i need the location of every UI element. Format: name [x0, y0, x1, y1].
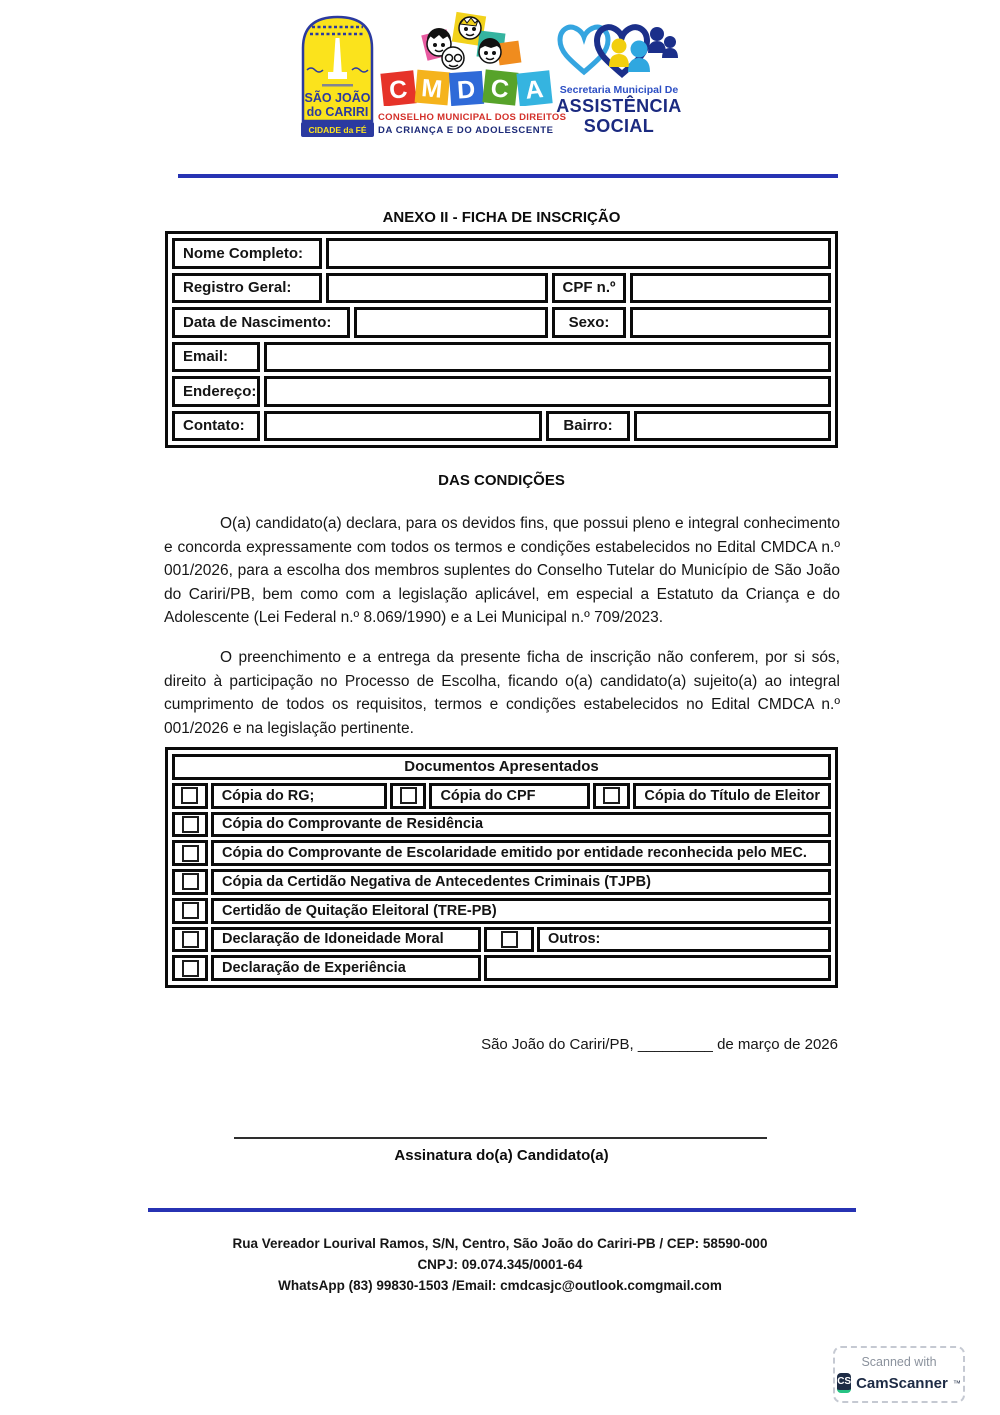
header-divider-rule	[178, 174, 838, 178]
trademark-symbol: ™	[953, 1379, 961, 1388]
checkbox-cell	[172, 812, 208, 838]
checkbox-quitacao[interactable]	[182, 902, 199, 919]
nome-completo-input[interactable]	[326, 238, 831, 269]
bairro-label: Bairro:	[546, 411, 630, 442]
contato-input[interactable]	[264, 411, 542, 442]
data-nascimento-label: Data de Nascimento:	[172, 307, 350, 338]
footer-cnpj: CNPJ: 09.074.345/0001-64	[0, 1254, 1000, 1275]
footer-address: Rua Vereador Lourival Ramos, S/N, Centro…	[0, 1233, 1000, 1254]
registro-geral-input[interactable]	[326, 273, 548, 304]
checkbox-cell	[593, 783, 631, 809]
svg-text:C: C	[489, 74, 510, 104]
date-place-line: São João do Cariri/PB, _________ de març…	[165, 1036, 838, 1053]
email-label: Email:	[172, 342, 260, 373]
doc-rg-label: Cópia do RG;	[211, 783, 387, 809]
registration-form-table: Nome Completo: Registro Geral: CPF n.º D…	[165, 231, 838, 448]
signature-line[interactable]	[234, 1137, 767, 1139]
contato-label: Contato:	[172, 411, 260, 442]
table-row: Registro Geral: CPF n.º	[172, 273, 831, 304]
checkbox-cell	[390, 783, 427, 809]
checkbox-cell	[484, 927, 534, 953]
email-input[interactable]	[264, 342, 831, 373]
table-row: Cópia do Comprovante de Residência	[172, 812, 831, 838]
page-title: ANEXO II - FICHA DE INSCRIÇÃO	[165, 209, 838, 226]
table-row: Cópia da Certidão Negativa de Antecedent…	[172, 869, 831, 895]
svg-text:M: M	[420, 74, 443, 104]
doc-titulo-label: Cópia do Título de Eleitor	[633, 783, 831, 809]
documents-table-title: Documentos Apresentados	[172, 754, 831, 780]
conditions-paragraph-1: O(a) candidato(a) declara, para os devid…	[164, 512, 840, 630]
footer: Rua Vereador Lourival Ramos, S/N, Centro…	[0, 1233, 1000, 1296]
doc-experiencia-label: Declaração de Experiência	[211, 955, 481, 981]
checkbox-cpf[interactable]	[400, 787, 417, 804]
doc-quitacao-label: Certidão de Quitação Eleitoral (TRE-PB)	[211, 898, 831, 924]
table-row: Certidão de Quitação Eleitoral (TRE-PB)	[172, 898, 831, 924]
hearts-people-icon	[556, 20, 682, 78]
endereco-label: Endereço:	[172, 376, 260, 407]
doc-escolaridade-label: Cópia do Comprovante de Escolaridade emi…	[211, 840, 831, 866]
camscanner-watermark: Scanned with CS CamScanner ™	[833, 1346, 965, 1403]
svg-text:SÃO JOÃO: SÃO JOÃO	[305, 90, 371, 105]
footer-divider-rule	[148, 1208, 856, 1212]
checkbox-cell	[172, 955, 208, 981]
doc-residencia-label: Cópia do Comprovante de Residência	[211, 812, 831, 838]
table-row: Contato: Bairro:	[172, 411, 831, 442]
checkbox-cell	[172, 898, 208, 924]
checkbox-idoneidade[interactable]	[182, 931, 199, 948]
social-caption-line1: Secretaria Municipal De	[556, 84, 682, 96]
table-row: Documentos Apresentados	[172, 754, 831, 780]
conditions-heading: DAS CONDIÇÕES	[165, 472, 838, 489]
cpf-label: CPF n.º	[552, 273, 626, 304]
sexo-input[interactable]	[630, 307, 831, 338]
table-row: Data de Nascimento: Sexo:	[172, 307, 831, 338]
checkbox-cell	[172, 927, 208, 953]
sexo-label: Sexo:	[552, 307, 626, 338]
doc-antecedentes-label: Cópia da Certidão Negativa de Antecedent…	[211, 869, 831, 895]
table-row: Email:	[172, 342, 831, 373]
camscanner-brand-text: CamScanner	[856, 1375, 948, 1392]
checkbox-experiencia[interactable]	[182, 960, 199, 977]
svg-text:D: D	[456, 75, 476, 104]
svg-text:do CARIRI: do CARIRI	[307, 105, 369, 119]
bairro-input[interactable]	[634, 411, 831, 442]
social-caption-line3: SOCIAL	[556, 116, 682, 136]
social-assistance-logo: Secretaria Municipal De ASSISTÊNCIA SOCI…	[556, 20, 682, 134]
table-row: Cópia do RG; Cópia do CPF Cópia do Títul…	[172, 783, 831, 809]
data-nascimento-input[interactable]	[354, 307, 548, 338]
cmdca-blocks-icon: C M D C A	[378, 10, 553, 106]
camscanner-icon: CS	[837, 1373, 851, 1393]
doc-outros-field[interactable]: Outros:	[537, 927, 831, 953]
conditions-paragraph-2: O preenchimento e a entrega da presente …	[164, 646, 840, 740]
doc-experiencia-blank-cell[interactable]	[484, 955, 831, 981]
signature-label: Assinatura do(a) Candidato(a)	[165, 1147, 838, 1164]
checkbox-cell	[172, 869, 208, 895]
cmdca-logo: C M D C A CONSELHO MUNICIPAL DOS DIREITO…	[378, 10, 553, 140]
checkbox-residencia[interactable]	[182, 816, 199, 833]
nome-completo-label: Nome Completo:	[172, 238, 322, 269]
social-caption-line2: ASSISTÊNCIA	[556, 96, 682, 116]
city-emblem-icon: SÃO JOÃO do CARIRI CIDADE da FÉ	[300, 14, 375, 140]
table-row: Cópia do Comprovante de Escolaridade emi…	[172, 840, 831, 866]
footer-contact: WhatsApp (83) 99830-1503 /Email: cmdcasj…	[0, 1275, 1000, 1296]
checkbox-titulo-eleitor[interactable]	[603, 787, 620, 804]
table-row: Endereço:	[172, 376, 831, 407]
scanned-with-text: Scanned with	[841, 1355, 957, 1369]
checkbox-escolaridade[interactable]	[182, 845, 199, 862]
cmdca-caption-line1: CONSELHO MUNICIPAL DOS DIREITOS	[378, 112, 553, 123]
documents-table: Documentos Apresentados Cópia do RG; Cóp…	[165, 747, 838, 988]
table-row: Declaração de Idoneidade Moral Outros:	[172, 927, 831, 953]
scanned-document-page: SÃO JOÃO do CARIRI CIDADE da FÉ	[0, 0, 1000, 1415]
svg-text:A: A	[524, 75, 545, 105]
cpf-input[interactable]	[630, 273, 831, 304]
svg-text:C: C	[388, 75, 409, 105]
city-logo: SÃO JOÃO do CARIRI CIDADE da FÉ	[300, 14, 375, 140]
checkbox-antecedentes[interactable]	[182, 873, 199, 890]
table-row: Declaração de Experiência	[172, 955, 831, 981]
doc-cpf-label: Cópia do CPF	[429, 783, 589, 809]
registro-geral-label: Registro Geral:	[172, 273, 322, 304]
svg-text:CIDADE da FÉ: CIDADE da FÉ	[308, 125, 366, 135]
cmdca-caption-line2: DA CRIANÇA E DO ADOLESCENTE	[378, 125, 553, 136]
checkbox-rg[interactable]	[181, 787, 198, 804]
checkbox-cell	[172, 783, 208, 809]
checkbox-outros[interactable]	[501, 931, 518, 948]
doc-idoneidade-label: Declaração de Idoneidade Moral	[211, 927, 481, 953]
table-row: Nome Completo:	[172, 238, 831, 269]
endereco-input[interactable]	[264, 376, 831, 407]
checkbox-cell	[172, 840, 208, 866]
